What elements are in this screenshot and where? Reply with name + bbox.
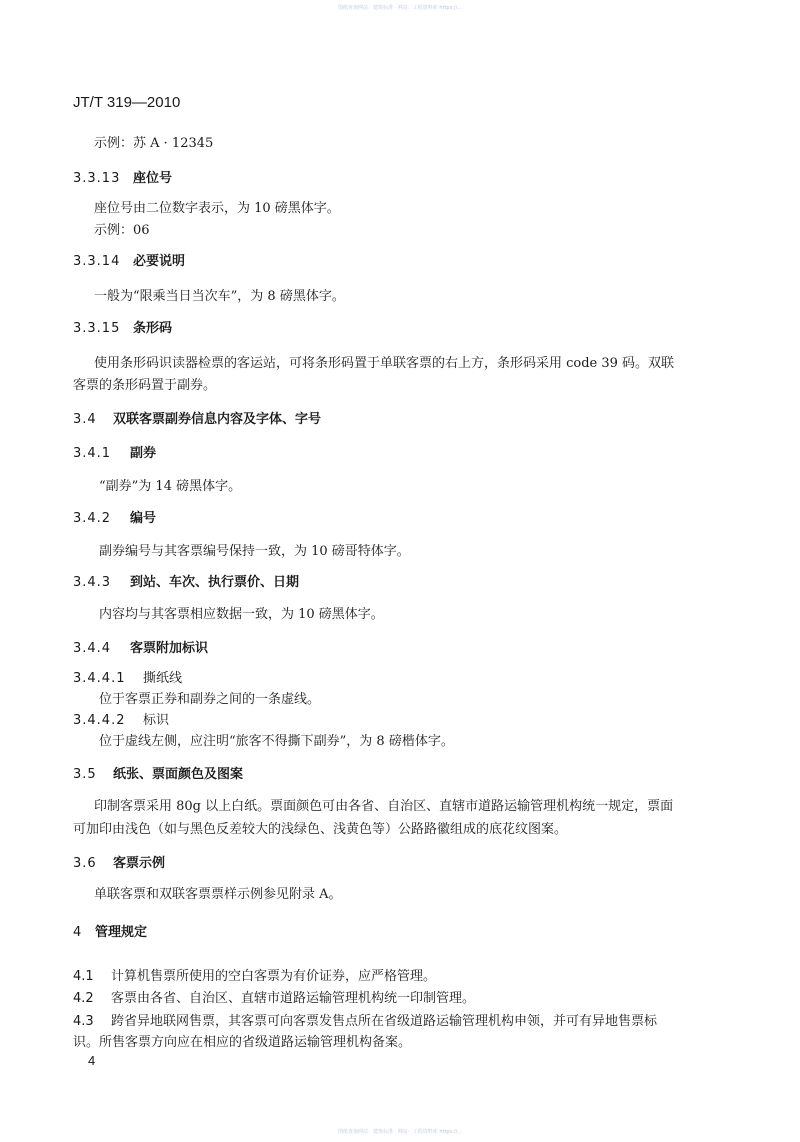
section-number: 3.4: [73, 412, 113, 427]
heading-3-3-15: 3.3.15条形码: [73, 317, 172, 336]
watermark-bottom: 图纸查询网站：建筑标准 · 网站：工程资料库 https://...: [0, 1128, 800, 1135]
section-title: 标识: [143, 713, 169, 728]
heading-3-5: 3.5纸张、票面颜色及图案: [73, 763, 243, 782]
heading-3-4-4-1: 3.4.4.1撕纸线: [73, 667, 182, 686]
paragraph-continued: 客票的条形码置于副券。: [73, 374, 216, 393]
section-number: 3.3.14: [73, 254, 133, 269]
section-title: 到站、车次、执行票价、日期: [130, 575, 299, 590]
page-number: 4: [88, 1053, 95, 1068]
section-number: 3.3.13: [73, 171, 133, 186]
section-number: 3.4.4: [73, 641, 130, 656]
section-number: 3.4.2: [73, 511, 130, 526]
section-title: 纸张、票面颜色及图案: [113, 767, 243, 782]
section-number: 3.4.4.2: [73, 713, 143, 728]
section-title: 撕纸线: [143, 671, 182, 686]
section-title: 管理规定: [95, 925, 147, 940]
watermark-top: 图纸查询网站：建筑标准 · 网站：工程资料库 https://...: [0, 4, 800, 11]
section-number: 3.3.15: [73, 321, 133, 336]
section-number: 3.4.1: [73, 446, 130, 461]
clause-text: 计算机售票所使用的空白客票为有价证券，应严格管理。: [111, 969, 436, 984]
paragraph: 位于虚线左侧，应注明“旅客不得撕下副券”，为 8 磅楷体字。: [99, 730, 454, 749]
clause-text: 客票由各省、自治区、直辖市道路运输管理机构统一印制管理。: [111, 991, 475, 1006]
heading-3-4: 3.4双联客票副券信息内容及字体、字号: [73, 408, 321, 427]
paragraph: 单联客票和双联客票票样示例参见附录 A。: [94, 883, 342, 902]
section-title: 客票示例: [113, 856, 165, 871]
paragraph: 副券编号与其客票编号保持一致，为 10 磅哥特体字。: [99, 540, 410, 559]
paragraph: “副券”为 14 磅黑体字。: [99, 475, 241, 494]
section-title: 编号: [130, 511, 156, 526]
example-plate: 示例：苏 A · 12345: [94, 132, 213, 151]
section-title: 客票附加标识: [130, 641, 208, 656]
section-number: 4: [73, 925, 95, 940]
section-title: 座位号: [133, 171, 172, 186]
paragraph: 位于客票正券和副券之间的一条虚线。: [99, 688, 320, 707]
section-title: 副券: [130, 446, 156, 461]
clause-text: 跨省异地联网售票，其客票可向客票发售点所在省级道路运输管理机构申领，并可有异地售…: [111, 1014, 657, 1029]
clause-number: 4.3: [73, 1014, 111, 1029]
heading-3-3-13: 3.3.13座位号: [73, 167, 172, 186]
heading-3-6: 3.6客票示例: [73, 852, 165, 871]
clause-4-3-continued: 识。所售客票方向应在相应的省级道路运输管理机构备案。: [73, 1031, 411, 1050]
heading-4: 4管理规定: [73, 921, 147, 940]
section-title: 条形码: [133, 321, 172, 336]
heading-3-4-1: 3.4.1副券: [73, 442, 156, 461]
paragraph: 内容均与其客票相应数据一致，为 10 磅黑体字。: [99, 603, 384, 622]
section-title: 必要说明: [133, 254, 185, 269]
heading-3-4-3: 3.4.3到站、车次、执行票价、日期: [73, 571, 299, 590]
section-title: 双联客票副券信息内容及字体、字号: [113, 412, 321, 427]
paragraph-continued: 可加印由浅色（如与黑色反差较大的浅绿色、浅黄色等）公路路徽组成的底花纹图案。: [73, 818, 567, 837]
example-text: 示例：06: [94, 219, 150, 238]
heading-3-4-4-2: 3.4.4.2标识: [73, 709, 169, 728]
clause-4-2: 4.2客票由各省、自治区、直辖市道路运输管理机构统一印制管理。: [73, 987, 475, 1006]
section-number: 3.4.4.1: [73, 671, 143, 686]
clause-4-3: 4.3跨省异地联网售票，其客票可向客票发售点所在省级道路运输管理机构申领，并可有…: [73, 1010, 657, 1029]
paragraph: 座位号由二位数字表示，为 10 磅黑体字。: [94, 197, 340, 216]
paragraph: 一般为“限乘当日当次车”，为 8 磅黑体字。: [94, 285, 345, 304]
clause-number: 4.1: [73, 969, 111, 984]
heading-3-4-4: 3.4.4客票附加标识: [73, 637, 208, 656]
section-number: 3.5: [73, 767, 113, 782]
clause-number: 4.2: [73, 991, 111, 1006]
heading-3-3-14: 3.3.14必要说明: [73, 250, 185, 269]
heading-3-4-2: 3.4.2编号: [73, 507, 156, 526]
paragraph: 使用条形码识读器检票的客运站，可将条形码置于单联客票的右上方，条形码采用 cod…: [94, 352, 674, 371]
section-number: 3.6: [73, 856, 113, 871]
standard-code-header: JT/T 319—2010: [73, 94, 180, 111]
paragraph: 印制客票采用 80g 以上白纸。票面颜色可由各省、自治区、直辖市道路运输管理机构…: [94, 795, 673, 814]
section-number: 3.4.3: [73, 575, 130, 590]
clause-4-1: 4.1计算机售票所使用的空白客票为有价证券，应严格管理。: [73, 965, 436, 984]
